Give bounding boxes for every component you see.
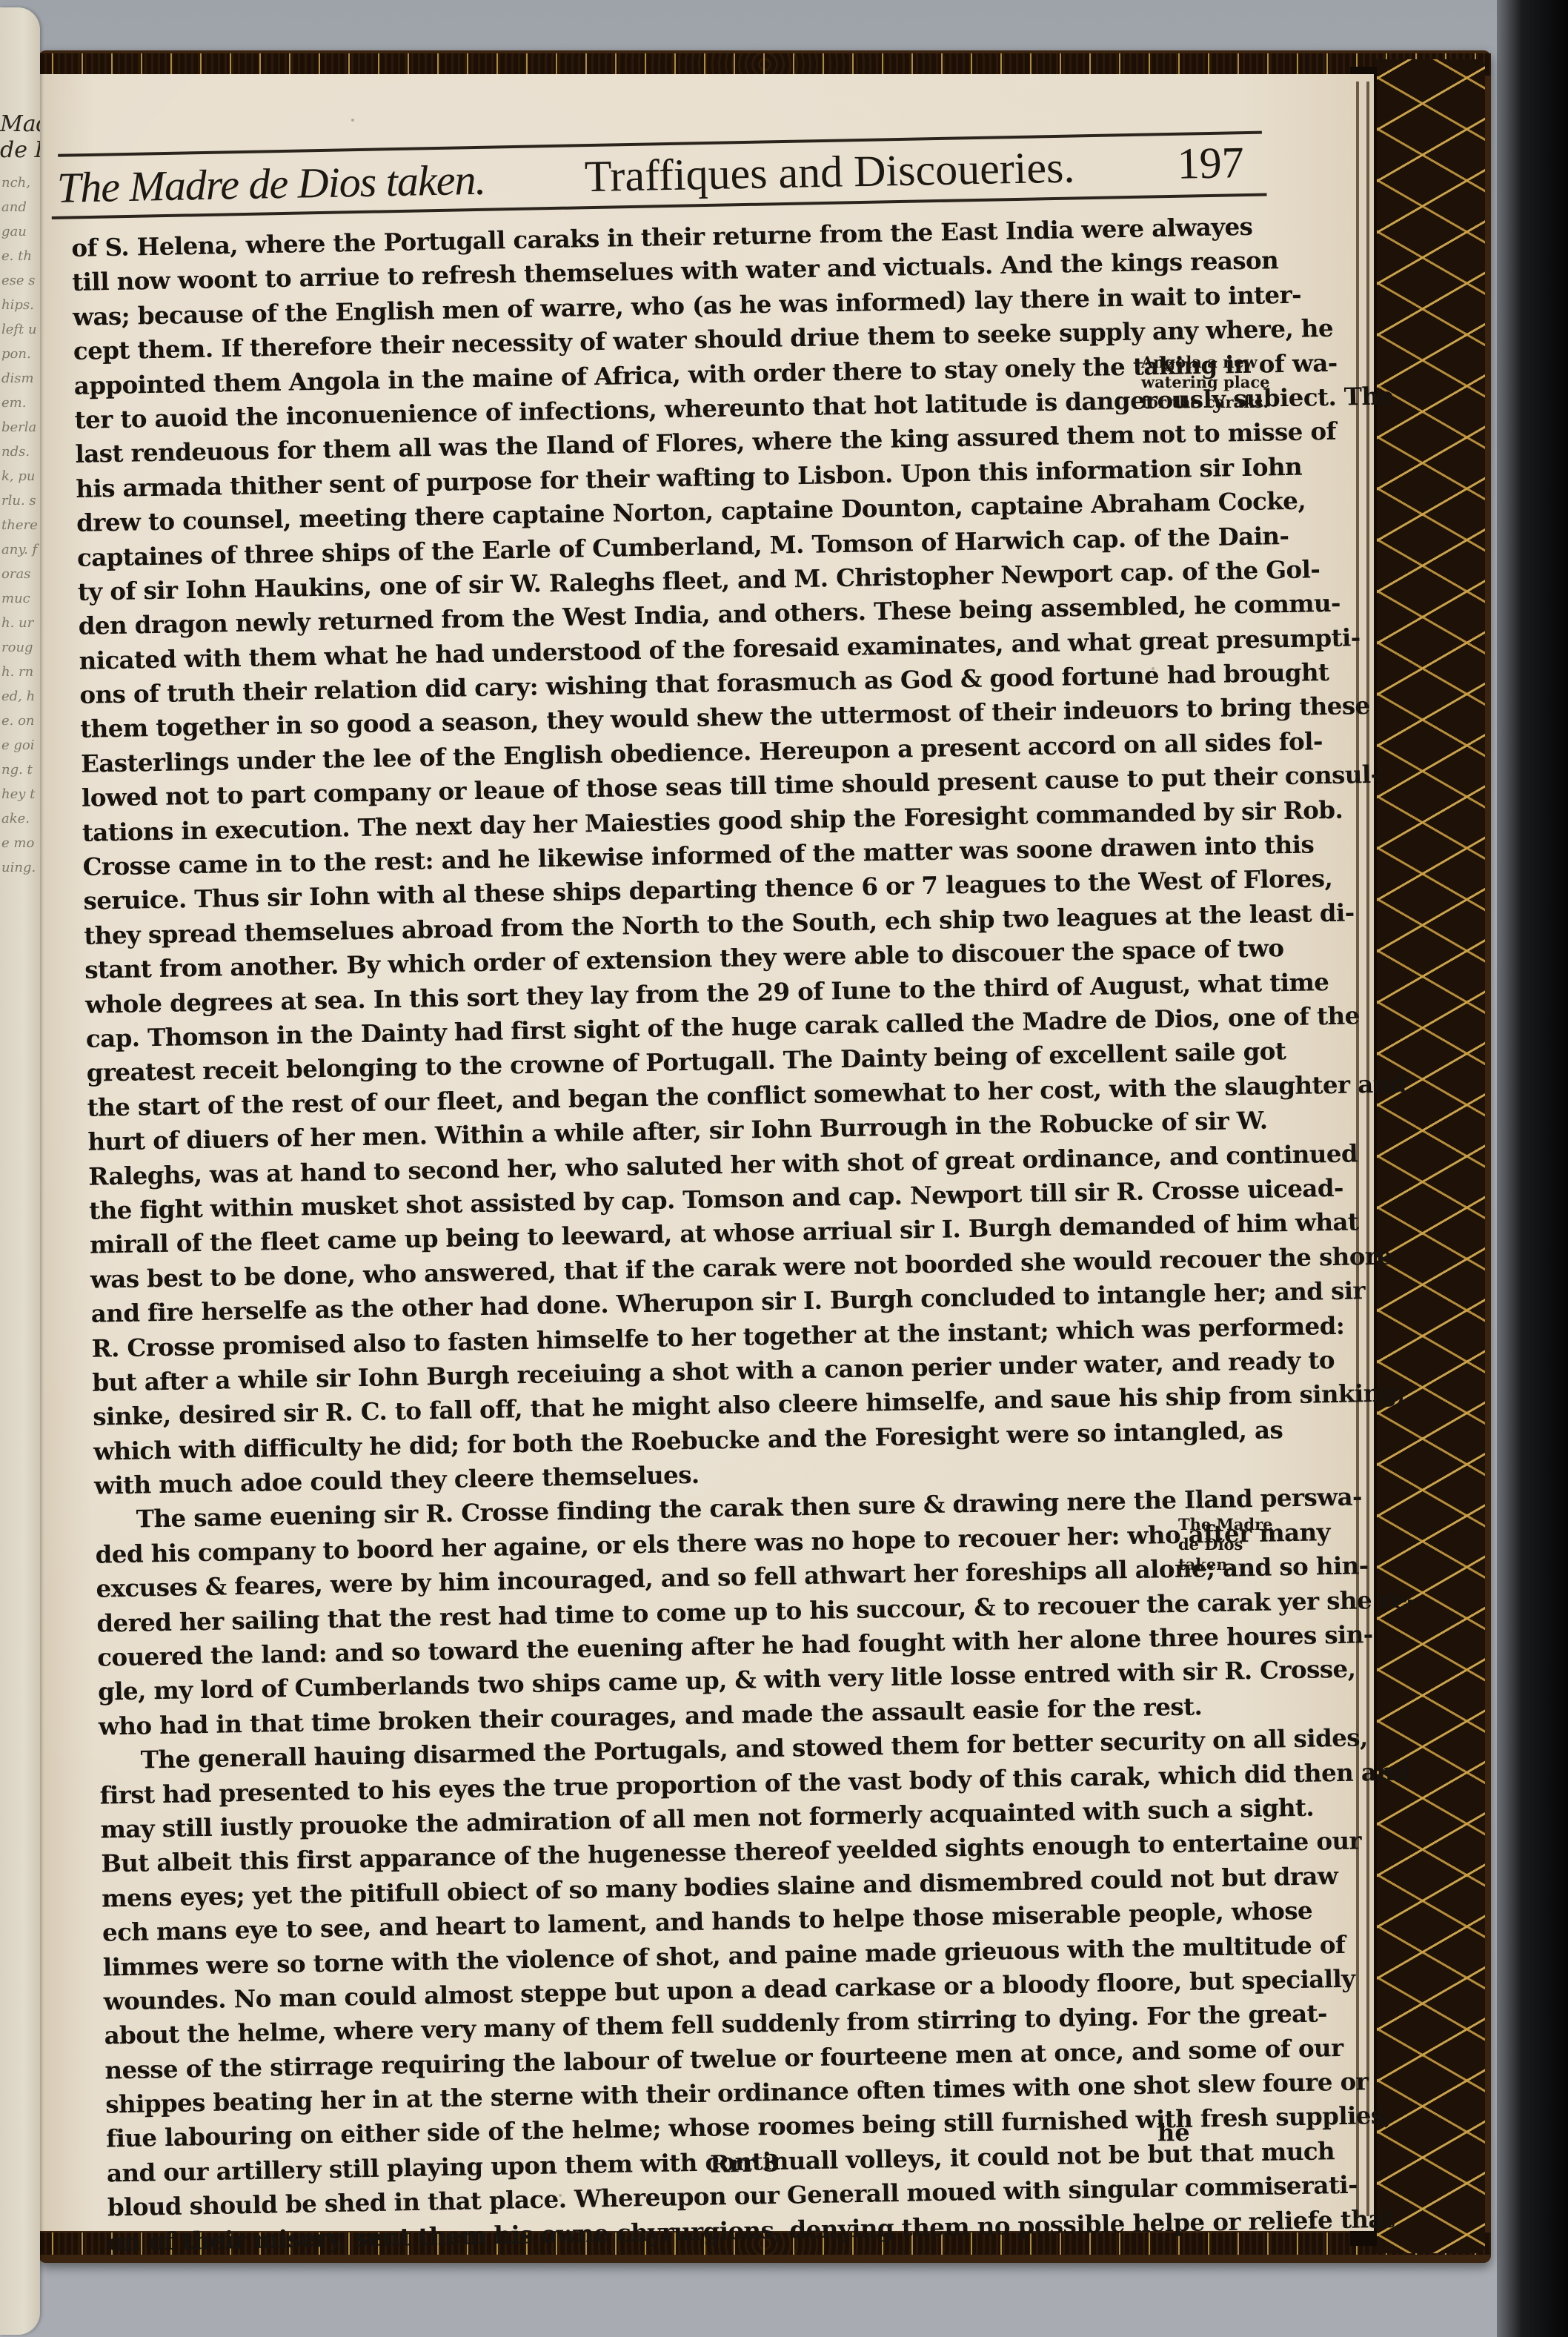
header-italic-title: The Madre de Dios taken. [56,155,485,213]
page-number: 197 [1177,137,1244,190]
marginal-note-madre-de-dios: The Madre de Dios taken. [1178,1514,1297,1574]
left-page-text-fragment: nch, and gaue. these ships. left upon. d… [1,170,39,880]
adjacent-left-page: Madre de D nch, and gaue. these ships. l… [0,7,40,2335]
marginal-note-angola: Angola a new watering place for the cara… [1141,352,1282,412]
catchword: he [1157,2118,1190,2147]
header-roman-title: Traffiques and Discoueries. [584,142,1075,202]
background-dark-edge [1497,0,1568,2337]
signature-mark: Rrr 3 [710,2149,780,2178]
body-text: of S. Helena, where the Portugall caraks… [71,211,1183,2294]
paper-speck [351,119,354,122]
gold-tooled-top-edge [39,53,1491,76]
left-page-header-fragment: Madre de D [0,111,40,163]
